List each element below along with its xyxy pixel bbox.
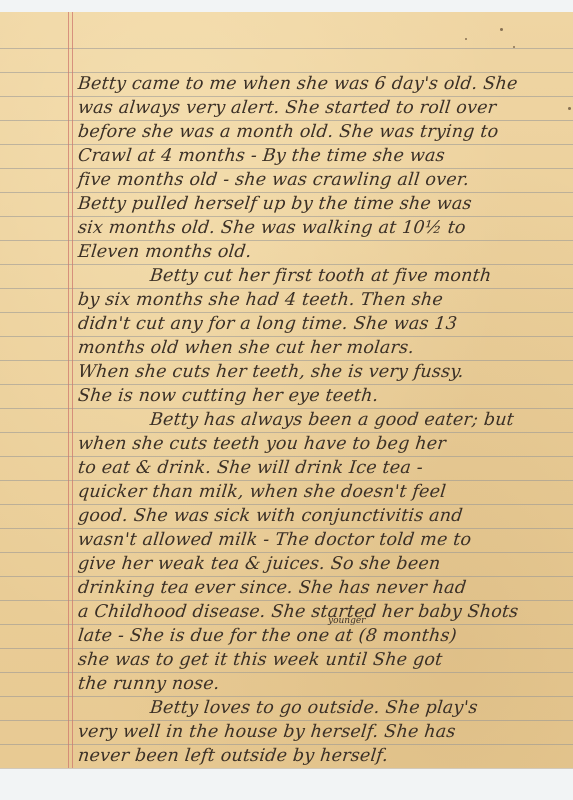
ruled-line [0, 576, 573, 577]
text-line: When she cuts her teeth, she is very fus… [77, 362, 465, 382]
text-line: five months old - she was crawling all o… [77, 170, 470, 190]
ruled-line [0, 288, 573, 289]
text-line: before she was a month old. She was tryi… [77, 122, 499, 142]
ruled-line [0, 240, 573, 241]
ruled-line [0, 360, 573, 361]
text-line: quicker than milk, when she doesn't feel [77, 482, 447, 502]
text-line: Betty came to me when she was 6 day's ol… [77, 74, 519, 94]
ruled-line [0, 336, 573, 337]
ruled-line [0, 624, 573, 625]
ruled-line [0, 72, 573, 73]
ruled-line [0, 264, 573, 265]
text-line: late - She is due for the one at (8 mont… [77, 626, 458, 646]
text-line: never been left outside by herself. [77, 746, 389, 766]
text-line: she was to get it this week until She go… [77, 650, 443, 670]
text-line: drinking tea ever since. She has never h… [77, 578, 467, 598]
text-line: wasn't allowed milk - The doctor told me… [77, 530, 472, 550]
ruled-line [0, 456, 573, 457]
text-line: Crawl at 4 months - By the time she was [77, 146, 446, 166]
ruled-line [0, 504, 573, 505]
text-line: Eleven months old. [77, 242, 253, 262]
ink-spot [513, 46, 515, 48]
ruled-line [0, 672, 573, 673]
ink-spot [500, 28, 503, 31]
text-line: She is now cutting her eye teeth. [77, 386, 379, 406]
ruled-line [0, 648, 573, 649]
ruled-line [0, 168, 573, 169]
text-line: very well in the house by herself. She h… [77, 722, 457, 742]
lined-paper-page: Betty came to me when she was 6 day's ol… [0, 12, 573, 768]
ruled-line [0, 144, 573, 145]
text-line: six months old. She was walking at 10½ t… [77, 218, 467, 238]
ruled-line [0, 48, 573, 49]
text-line: didn't cut any for a long time. She was … [77, 314, 458, 334]
text-line: Betty pulled herself up by the time she … [77, 194, 473, 214]
ruled-line [0, 312, 573, 313]
text-line: months old when she cut her molars. [77, 338, 415, 358]
text-line-paragraph-start: Betty cut her first tooth at five month [77, 266, 492, 286]
margin-line-right [72, 12, 73, 768]
ruled-line [0, 408, 573, 409]
ruled-line [0, 216, 573, 217]
ruled-line [0, 432, 573, 433]
ruled-line [0, 528, 573, 529]
ruled-line [0, 744, 573, 745]
ink-spot [568, 107, 571, 110]
ruled-line [0, 120, 573, 121]
text-line: was always very alert. She started to ro… [77, 98, 497, 118]
ruled-line [0, 720, 573, 721]
text-line-paragraph-start: Betty loves to go outside. She play's [77, 698, 479, 718]
text-line: by six months she had 4 teeth. Then she [77, 290, 444, 310]
ruled-line [0, 96, 573, 97]
text-line: the runny nose. [77, 674, 221, 694]
text-line: to eat & drink. She will drink Ice tea - [77, 458, 424, 478]
ink-spot [465, 38, 467, 40]
text-line-paragraph-start: Betty has always been a good eater; but [77, 410, 515, 430]
text-line: when she cuts teeth you have to beg her [77, 434, 447, 454]
text-line: a Childhood disease. She started her bab… [77, 602, 519, 622]
ruled-line [0, 696, 573, 697]
ruled-line [0, 552, 573, 553]
inserted-word-annotation: younger [328, 616, 366, 626]
text-line: give her weak tea & juices. So she been [77, 554, 442, 574]
ruled-line [0, 192, 573, 193]
margin-line-left [68, 12, 69, 768]
ruled-line [0, 600, 573, 601]
text-line: good. She was sick with conjunctivitis a… [77, 506, 464, 526]
ruled-line [0, 480, 573, 481]
ruled-line [0, 384, 573, 385]
